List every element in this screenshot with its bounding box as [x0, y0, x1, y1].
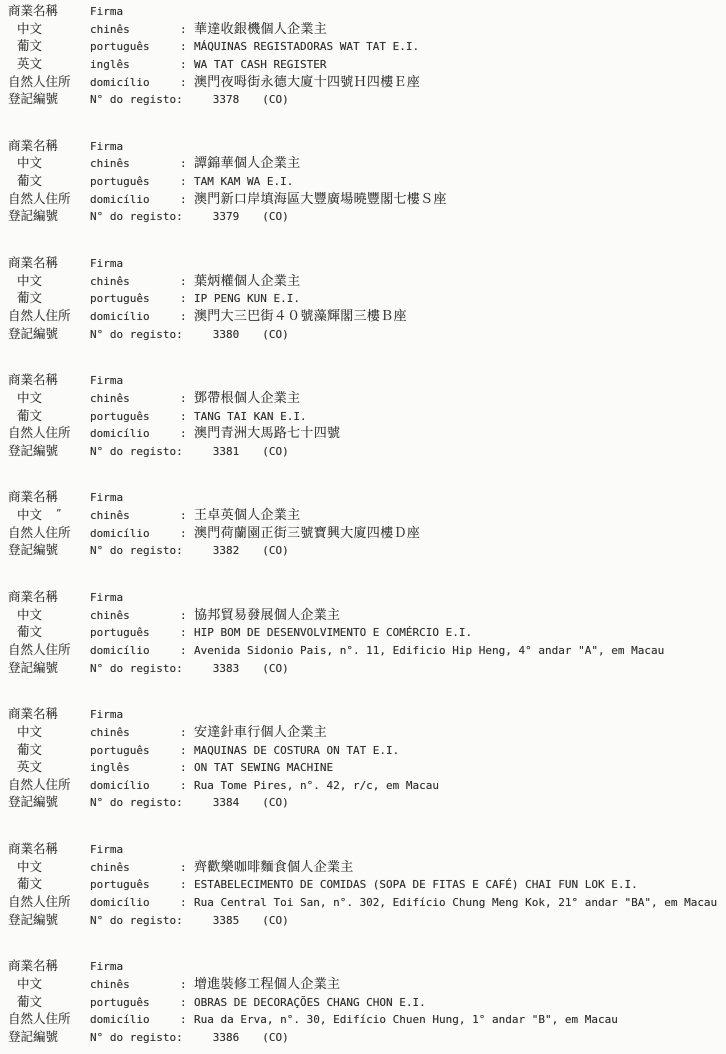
firm-label-zh: 商業名稱 [8, 371, 90, 389]
portuguese-name-row: 葡文 português : TANG TAI KAN E.I. [8, 407, 726, 425]
firm-row: 商業名稱 Firma [8, 2, 726, 20]
colon: : [180, 607, 194, 625]
registry-label-zh: 登記編號 [8, 90, 90, 108]
colon: : [180, 724, 194, 742]
registry-number-row: 登記編號 N° do registo: 3384 (CO) [8, 793, 726, 811]
firm-label-pt: Firma [90, 706, 180, 724]
domicile-label-pt: domicílio [90, 894, 180, 912]
colon: : [180, 742, 194, 760]
portuguese-name-value: OBRAS DE DECORAÇÕES CHANG CHON E.I. [194, 994, 726, 1012]
colon: : [180, 1011, 194, 1029]
domicile-row: 自然人住所 domicílio : 澳門大三巴街４０號藻輝閣三樓Ｂ座 [8, 307, 726, 325]
chinese-name-value: 齊歡樂咖啡麵食個人企業主 [194, 859, 726, 877]
domicile-row: 自然人住所 domicílio : Rua Tome Pires, n°. 42… [8, 776, 726, 794]
firm-row: 商業名稱 Firma [8, 488, 726, 506]
firm-row: 商業名稱 Firma [8, 137, 726, 155]
registry-label-pt: N° do registo: [90, 326, 183, 344]
chinese-name-row: 中文 chinês : 華達收銀機個人企業主 [8, 20, 726, 38]
colon: : [180, 894, 194, 912]
firm-label-pt: Firma [90, 255, 180, 273]
registry-entry: 商業名稱 Firma 中文 chinês : 華達收銀機個人企業主 葡文 por… [8, 2, 726, 108]
portuguese-name-row: 葡文 português : ESTABELECIMENTO DE COMIDA… [8, 875, 726, 893]
registry-number: 3385 [213, 912, 240, 930]
chinese-label-zh: 中文” [8, 506, 90, 524]
registry-number-row: 登記編號 N° do registo: 3380 (CO) [8, 325, 726, 343]
chinese-name-value: 華達收銀機個人企業主 [194, 21, 726, 39]
registry-number-row: 登記編號 N° do registo: 3381 (CO) [8, 442, 726, 460]
chinese-name-row: 中文 chinês : 葉炳權個人企業主 [8, 272, 726, 290]
registry-suffix: (CO) [262, 91, 289, 109]
portuguese-label-zh: 葡文 [8, 875, 90, 893]
registry-label-pt: N° do registo: [90, 91, 183, 109]
chinese-label-zh: 中文 [8, 606, 90, 624]
portuguese-label-zh: 葡文 [8, 741, 90, 759]
domicile-label-pt: domicílio [90, 525, 180, 543]
domicile-label-zh: 自然人住所 [8, 307, 90, 325]
domicile-value: Rua Central Toi San, n°. 302, Edifício C… [194, 894, 726, 912]
domicile-label-zh: 自然人住所 [8, 776, 90, 794]
portuguese-label-pt: português [90, 290, 180, 308]
registry-label-zh: 登記編號 [8, 659, 90, 677]
registry-label-zh: 登記編號 [8, 325, 90, 343]
domicile-value: 澳門大三巴街４０號藻輝閣三樓Ｂ座 [194, 308, 726, 326]
english-name-value: ON TAT SEWING MACHINE [194, 759, 726, 777]
chinese-name-value: 安達針車行個人企業主 [194, 724, 726, 742]
portuguese-label-pt: português [90, 994, 180, 1012]
firm-label-zh: 商業名稱 [8, 2, 90, 20]
colon: : [180, 624, 194, 642]
english-label-pt: inglês [90, 759, 180, 777]
registry-label-pt: N° do registo: [90, 660, 183, 678]
chinese-name-row: 中文 chinês : 增進裝修工程個人企業主 [8, 975, 726, 993]
registry-number: 3380 [213, 326, 240, 344]
registry-entry: 商業名稱 Firma 中文 chinês : 鄧帶根個人企業主 葡文 portu… [8, 371, 726, 459]
colon: : [180, 173, 194, 191]
portuguese-name-value: TAM KAM WA E.I. [194, 173, 726, 191]
firm-row: 商業名稱 Firma [8, 588, 726, 606]
english-label-zh: 英文 [8, 55, 90, 73]
firm-label-zh: 商業名稱 [8, 588, 90, 606]
portuguese-name-value: MÁQUINAS REGISTADORAS WAT TAT E.I. [194, 38, 726, 56]
domicile-label-pt: domicílio [90, 308, 180, 326]
registry-entry: 商業名稱 Firma 中文” chinês : 王卓英個人企業主 自然人住所 d… [8, 488, 726, 559]
portuguese-name-row: 葡文 português : OBRAS DE DECORAÇÕES CHANG… [8, 993, 726, 1011]
firm-label-zh: 商業名稱 [8, 957, 90, 975]
registry-label-zh: 登記編號 [8, 541, 90, 559]
firm-row: 商業名稱 Firma [8, 957, 726, 975]
registry-label-pt: N° do registo: [90, 794, 183, 812]
chinese-label-pt: chinês [90, 724, 180, 742]
portuguese-name-row: 葡文 português : IP PENG KUN E.I. [8, 289, 726, 307]
registry-label-zh: 登記編號 [8, 207, 90, 225]
chinese-name-row: 中文” chinês : 王卓英個人企業主 [8, 506, 726, 524]
registry-number-row: 登記編號 N° do registo: 3382 (CO) [8, 541, 726, 559]
registry-label-zh: 登記編號 [8, 911, 90, 929]
registry-entry: 商業名稱 Firma 中文 chinês : 葉炳權個人企業主 葡文 portu… [8, 254, 726, 342]
portuguese-label-pt: português [90, 173, 180, 191]
registry-number: 3381 [213, 443, 240, 461]
portuguese-name-row: 葡文 português : TAM KAM WA E.I. [8, 172, 726, 190]
chinese-label-zh: 中文 [8, 389, 90, 407]
colon: : [180, 525, 194, 543]
portuguese-name-row: 葡文 português : HIP BOM DE DESENVOLVIMENT… [8, 623, 726, 641]
portuguese-name-row: 葡文 português : MÁQUINAS REGISTADORAS WAT… [8, 37, 726, 55]
domicile-row: 自然人住所 domicílio : 澳門新口岸填海區大豐廣場曉豐閣七樓Ｓ座 [8, 190, 726, 208]
colon: : [180, 859, 194, 877]
registry-suffix: (CO) [262, 208, 289, 226]
chinese-label-pt: chinês [90, 273, 180, 291]
registry-number: 3384 [213, 794, 240, 812]
registry-suffix: (CO) [262, 326, 289, 344]
firm-label-pt: Firma [90, 489, 180, 507]
domicile-row: 自然人住所 domicílio : Avenida Sidonio Pais, … [8, 641, 726, 659]
portuguese-name-value: HIP BOM DE DESENVOLVIMENTO E COMÉRCIO E.… [194, 624, 726, 642]
colon: : [180, 994, 194, 1012]
firm-label-zh: 商業名稱 [8, 137, 90, 155]
firm-row: 商業名稱 Firma [8, 371, 726, 389]
chinese-label-pt: chinês [90, 155, 180, 173]
portuguese-name-row: 葡文 português : MAQUINAS DE COSTURA ON TA… [8, 741, 726, 759]
domicile-value: 澳門夜呣街永德大廈十四號Ｈ四樓Ｅ座 [194, 74, 726, 92]
english-label-pt: inglês [90, 56, 180, 74]
colon: : [180, 56, 194, 74]
registry-number-row: 登記編號 N° do registo: 3385 (CO) [8, 911, 726, 929]
colon: : [180, 507, 194, 525]
registry-number-row: 登記編號 N° do registo: 3386 (CO) [8, 1028, 726, 1046]
portuguese-label-pt: português [90, 38, 180, 56]
registry-number: 3378 [213, 91, 240, 109]
firm-row: 商業名稱 Firma [8, 254, 726, 272]
colon: : [180, 21, 194, 39]
chinese-label-pt: chinês [90, 976, 180, 994]
registry-label-pt: N° do registo: [90, 443, 183, 461]
english-name-row: 英文 inglês : ON TAT SEWING MACHINE [8, 758, 726, 776]
firm-label-pt: Firma [90, 138, 180, 156]
chinese-label-zh: 中文 [8, 723, 90, 741]
registry-entry: 商業名稱 Firma 中文 chinês : 增進裝修工程個人企業主 葡文 po… [8, 957, 726, 1045]
registry-label-pt: N° do registo: [90, 542, 183, 560]
chinese-name-row: 中文 chinês : 齊歡樂咖啡麵食個人企業主 [8, 858, 726, 876]
colon: : [180, 876, 194, 894]
domicile-row: 自然人住所 domicílio : Rua da Erva, n°. 30, E… [8, 1010, 726, 1028]
domicile-row: 自然人住所 domicílio : Rua Central Toi San, n… [8, 893, 726, 911]
portuguese-label-zh: 葡文 [8, 172, 90, 190]
firm-row: 商業名稱 Firma [8, 840, 726, 858]
domicile-value: Rua Tome Pires, n°. 42, r/c, em Macau [194, 777, 726, 795]
registry-label-zh: 登記編號 [8, 1028, 90, 1046]
chinese-label-zh: 中文 [8, 272, 90, 290]
domicile-value: 澳門青洲大馬路七十四號 [194, 425, 726, 443]
registry-number-row: 登記編號 N° do registo: 3378 (CO) [8, 90, 726, 108]
registry-document-page: 商業名稱 Firma 中文 chinês : 華達收銀機個人企業主 葡文 por… [0, 0, 726, 1054]
registry-entry: 商業名稱 Firma 中文 chinês : 齊歡樂咖啡麵食個人企業主 葡文 p… [8, 840, 726, 928]
registry-suffix: (CO) [262, 912, 289, 930]
chinese-name-value: 協邦貿易發展個人企業主 [194, 607, 726, 625]
firm-label-zh: 商業名稱 [8, 488, 90, 506]
english-label-zh: 英文 [8, 758, 90, 776]
domicile-row: 自然人住所 domicílio : 澳門夜呣街永德大廈十四號Ｈ四樓Ｅ座 [8, 73, 726, 91]
registry-suffix: (CO) [262, 660, 289, 678]
colon: : [180, 191, 194, 209]
portuguese-name-value: IP PENG KUN E.I. [194, 290, 726, 308]
firm-label-pt: Firma [90, 372, 180, 390]
portuguese-label-zh: 葡文 [8, 623, 90, 641]
chinese-label-pt: chinês [90, 21, 180, 39]
portuguese-label-pt: português [90, 742, 180, 760]
firm-label-pt: Firma [90, 841, 180, 859]
registry-number: 3382 [213, 542, 240, 560]
domicile-value: 澳門新口岸填海區大豐廣場曉豐閣七樓Ｓ座 [194, 191, 726, 209]
chinese-name-value: 鄧帶根個人企業主 [194, 390, 726, 408]
portuguese-name-value: ESTABELECIMENTO DE COMIDAS (SOPA DE FITA… [194, 876, 726, 894]
colon: : [180, 38, 194, 56]
chinese-label-zh: 中文 [8, 20, 90, 38]
chinese-label-pt: chinês [90, 607, 180, 625]
domicile-label-zh: 自然人住所 [8, 73, 90, 91]
domicile-label-pt: domicílio [90, 191, 180, 209]
colon: : [180, 390, 194, 408]
colon: : [180, 759, 194, 777]
portuguese-label-pt: português [90, 624, 180, 642]
colon: : [180, 273, 194, 291]
chinese-name-row: 中文 chinês : 安達針車行個人企業主 [8, 723, 726, 741]
domicile-label-zh: 自然人住所 [8, 190, 90, 208]
chinese-name-row: 中文 chinês : 譚錦華個人企業主 [8, 154, 726, 172]
registry-suffix: (CO) [262, 794, 289, 812]
chinese-name-value: 葉炳權個人企業主 [194, 273, 726, 291]
domicile-label-pt: domicílio [90, 1011, 180, 1029]
portuguese-label-pt: português [90, 408, 180, 426]
chinese-name-row: 中文 chinês : 協邦貿易發展個人企業主 [8, 606, 726, 624]
registry-label-zh: 登記編號 [8, 442, 90, 460]
colon: : [180, 642, 194, 660]
registry-label-pt: N° do registo: [90, 208, 183, 226]
registry-number: 3383 [213, 660, 240, 678]
portuguese-label-pt: português [90, 876, 180, 894]
registry-label-zh: 登記編號 [8, 793, 90, 811]
portuguese-name-value: TANG TAI KAN E.I. [194, 408, 726, 426]
colon: : [180, 74, 194, 92]
registry-number: 3386 [213, 1029, 240, 1047]
chinese-name-value: 增進裝修工程個人企業主 [194, 976, 726, 994]
firm-label-zh: 商業名稱 [8, 254, 90, 272]
firm-label-zh: 商業名稱 [8, 840, 90, 858]
stray-scan-mark: ” [42, 509, 61, 519]
firm-row: 商業名稱 Firma [8, 705, 726, 723]
english-name-value: WA TAT CASH REGISTER [194, 56, 726, 74]
registry-number-row: 登記編號 N° do registo: 3379 (CO) [8, 207, 726, 225]
colon: : [180, 290, 194, 308]
domicile-value: Avenida Sidonio Pais, n°. 11, Edificio H… [194, 642, 726, 660]
domicile-label-zh: 自然人住所 [8, 424, 90, 442]
chinese-label-pt: chinês [90, 859, 180, 877]
colon: : [180, 308, 194, 326]
domicile-label-pt: domicílio [90, 642, 180, 660]
domicile-label-zh: 自然人住所 [8, 641, 90, 659]
registry-number: 3379 [213, 208, 240, 226]
domicile-row: 自然人住所 domicílio : 澳門荷蘭園正街三號寶興大廈四樓Ｄ座 [8, 524, 726, 542]
registry-suffix: (CO) [262, 1029, 289, 1047]
registry-entry: 商業名稱 Firma 中文 chinês : 譚錦華個人企業主 葡文 portu… [8, 137, 726, 225]
english-name-row: 英文 inglês : WA TAT CASH REGISTER [8, 55, 726, 73]
domicile-row: 自然人住所 domicílio : 澳門青洲大馬路七十四號 [8, 424, 726, 442]
firm-label-zh: 商業名稱 [8, 705, 90, 723]
colon: : [180, 777, 194, 795]
colon: : [180, 976, 194, 994]
domicile-value: Rua da Erva, n°. 30, Edifício Chuen Hung… [194, 1011, 726, 1029]
portuguese-label-zh: 葡文 [8, 37, 90, 55]
chinese-name-value: 王卓英個人企業主 [194, 507, 726, 525]
chinese-name-row: 中文 chinês : 鄧帶根個人企業主 [8, 389, 726, 407]
domicile-label-zh: 自然人住所 [8, 524, 90, 542]
registry-entry: 商業名稱 Firma 中文 chinês : 安達針車行個人企業主 葡文 por… [8, 705, 726, 811]
portuguese-label-zh: 葡文 [8, 289, 90, 307]
domicile-label-zh: 自然人住所 [8, 1010, 90, 1028]
portuguese-label-zh: 葡文 [8, 993, 90, 1011]
domicile-label-zh: 自然人住所 [8, 893, 90, 911]
firm-label-pt: Firma [90, 958, 180, 976]
colon: : [180, 408, 194, 426]
registry-suffix: (CO) [262, 542, 289, 560]
registry-label-pt: N° do registo: [90, 1029, 183, 1047]
registry-suffix: (CO) [262, 443, 289, 461]
firm-label-pt: Firma [90, 589, 180, 607]
domicile-label-pt: domicílio [90, 74, 180, 92]
colon: : [180, 155, 194, 173]
registry-entry: 商業名稱 Firma 中文 chinês : 協邦貿易發展個人企業主 葡文 po… [8, 588, 726, 676]
chinese-label-pt: chinês [90, 390, 180, 408]
chinese-label-zh: 中文 [8, 975, 90, 993]
chinese-label-zh: 中文 [8, 858, 90, 876]
firm-label-pt: Firma [90, 3, 180, 21]
colon: : [180, 425, 194, 443]
portuguese-label-zh: 葡文 [8, 407, 90, 425]
registry-label-pt: N° do registo: [90, 912, 183, 930]
chinese-label-pt: chinês [90, 507, 180, 525]
domicile-value: 澳門荷蘭園正街三號寶興大廈四樓Ｄ座 [194, 525, 726, 543]
chinese-name-value: 譚錦華個人企業主 [194, 155, 726, 173]
domicile-label-pt: domicílio [90, 777, 180, 795]
domicile-label-pt: domicílio [90, 425, 180, 443]
chinese-label-zh: 中文 [8, 154, 90, 172]
portuguese-name-value: MAQUINAS DE COSTURA ON TAT E.I. [194, 742, 726, 760]
registry-number-row: 登記編號 N° do registo: 3383 (CO) [8, 659, 726, 677]
